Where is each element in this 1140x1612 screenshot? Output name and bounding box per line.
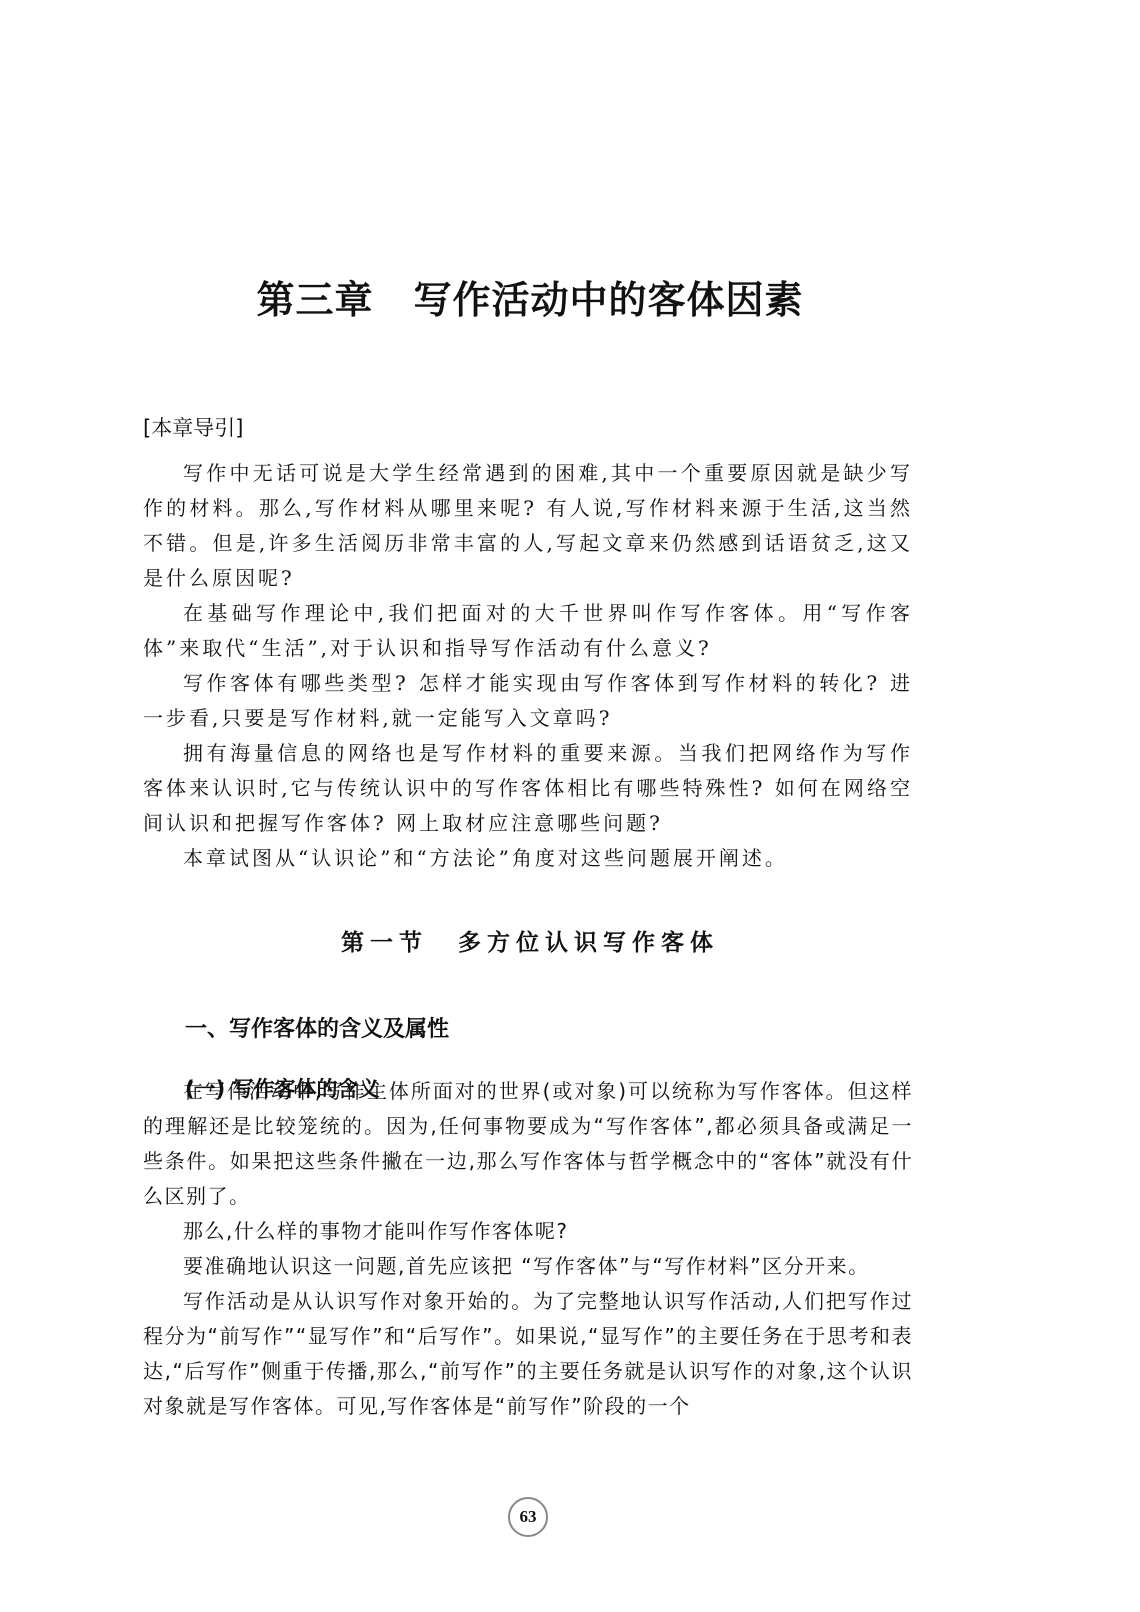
chapter-name: 写作活动中的客体因素: [414, 277, 804, 322]
paragraph: 拥有海量信息的网络也是写作材料的重要来源。当我们把网络作为写作客体来认识时,它与…: [143, 736, 913, 841]
subsection-heading: 一、写作客体的含义及属性: [185, 1012, 449, 1043]
paragraph: 本章试图从“认识论”和“方法论”角度对这些问题展开阐述。: [143, 841, 913, 876]
chapter-number: 第三章: [256, 277, 373, 322]
section-title: 第一节多方位认识写作客体: [0, 924, 1060, 957]
section-number: 第一节: [341, 929, 428, 956]
paragraph: 要准确地认识这一问题,首先应该把 “写作客体”与“写作材料”区分开来。: [143, 1249, 913, 1284]
paragraph: 写作中无话可说是大学生经常遇到的困难,其中一个重要原因就是缺少写作的材料。那么,…: [143, 456, 913, 596]
paragraph: 那么,什么样的事物才能叫作写作客体呢?: [143, 1214, 913, 1249]
chapter-guide-text: 写作中无话可说是大学生经常遇到的困难,其中一个重要原因就是缺少写作的材料。那么,…: [143, 456, 913, 876]
page-number: 63: [508, 1497, 548, 1537]
paragraph: 写作活动是从认识写作对象开始的。为了完整地认识写作活动,人们把写作过程分为“前写…: [143, 1284, 913, 1424]
body-text: 在写作活动中,写作主体所面对的世界(或对象)可以统称为写作客体。但这样的理解还是…: [143, 1074, 913, 1424]
chapter-title: 第三章写作活动中的客体因素: [0, 269, 1060, 324]
paragraph: 写作客体有哪些类型? 怎样才能实现由写作客体到写作材料的转化? 进一步看,只要是…: [143, 666, 913, 736]
paragraph: 在基础写作理论中,我们把面对的大千世界叫作写作客体。用“写作客体”来取代“生活”…: [143, 596, 913, 666]
chapter-guide-label: [本章导引]: [143, 412, 243, 442]
paragraph: 在写作活动中,写作主体所面对的世界(或对象)可以统称为写作客体。但这样的理解还是…: [143, 1074, 913, 1214]
section-name: 多方位认识写作客体: [458, 929, 719, 956]
